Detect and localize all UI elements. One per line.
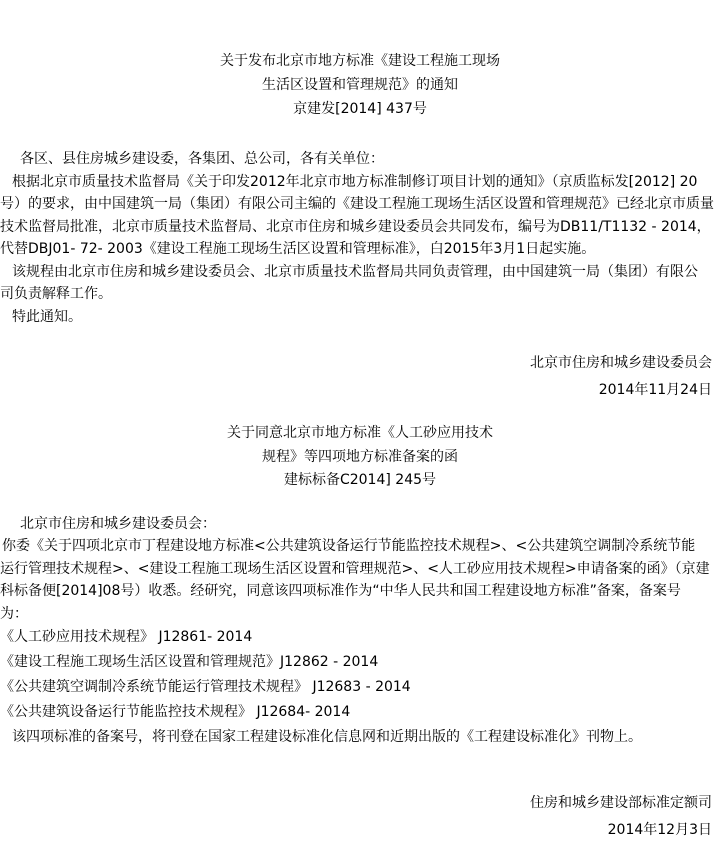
- standard-item: 《公共建筑设备运行节能监控技术规程》 J12684- 2014: [0, 700, 720, 725]
- notice1-paragraph-line: 技术监督局批准，北京市质量技术监督局、北京市住房和城乡建设委员会共同发布，编号为…: [0, 216, 720, 239]
- notice2-salutation: 北京市住房和城乡建设委员会：: [0, 513, 720, 536]
- standard-item: 《建设工程施工现场生活区设置和管理规范》J12862 - 2014: [0, 650, 720, 675]
- notice1-date: 2014年11月24日: [0, 377, 712, 404]
- notice1-paragraph-line: 司负责解释工作。: [0, 283, 720, 306]
- standard-item: 《公共建筑空调制冷系统节能运行管理技术规程》 J12683 - 2014: [0, 675, 720, 700]
- notice1-doc-number: 京建发[2014] 437号: [0, 97, 720, 121]
- notice1-paragraph-line: 代替DBJ01- 72- 2003《建设工程施工现场生活区设置和管理标准》，白2…: [0, 238, 720, 261]
- notice2-title-line2: 规程》等四项地方标准备案的函: [0, 446, 720, 470]
- notice1-title-line2: 生活区设置和管理规范》的通知: [0, 73, 720, 97]
- notice2-footer-line: 该四项标准的备案号，将刊登在国家工程建设标准化信息网和近期出版的《工程建设标准化…: [0, 725, 720, 750]
- notice2-title-line1: 关于同意北京市地方标准《人工砂应用技术: [0, 422, 720, 446]
- notice1-paragraph-line: 号）的要求，由中国建筑一局（集团）有限公司主编的《建设工程施工现场生活区设置和管…: [0, 193, 720, 216]
- notice2-signer: 住房和城乡建设部标准定额司: [0, 790, 712, 817]
- notice2-date: 2014年12月3日: [0, 817, 712, 844]
- notice2-body: 北京市住房和城乡建设委员会： 你委《关于四项北京市丁程建设地方标准<公共建筑设备…: [0, 513, 720, 626]
- notice1-salutation: 各区、县住房城乡建设委，各集团、总公司，各有关单位：: [0, 148, 720, 171]
- notice2-standards-list: 《人工砂应用技术规程》 J12861- 2014 《建设工程施工现场生活区设置和…: [0, 625, 720, 750]
- notice2-paragraph-line: 你委《关于四项北京市丁程建设地方标准<公共建筑设备运行节能监控技术规程>、<公共…: [0, 535, 720, 558]
- notice1-body: 各区、县住房城乡建设委，各集团、总公司，各有关单位： 根据北京市质量技术监督局《…: [0, 148, 720, 328]
- notice1-signature-block: 北京市住房和城乡建设委员会 2014年11月24日: [0, 350, 720, 404]
- notice2-title-block: 关于同意北京市地方标准《人工砂应用技术 规程》等四项地方标准备案的函 建标标备C…: [0, 404, 720, 493]
- notice1-closing: 特此通知。: [0, 306, 720, 329]
- notice2-doc-number: 建标标备C2014] 245号: [0, 469, 720, 493]
- notice1-signer: 北京市住房和城乡建设委员会: [0, 350, 712, 377]
- notice2-paragraph-line: 运行管理技术规程>、<建设工程施工现场生活区设置和管理规范>、<人工砂应用技术规…: [0, 558, 720, 581]
- notice2-signature-block: 住房和城乡建设部标准定额司 2014年12月3日: [0, 790, 720, 844]
- notice1-title-block: 关于发布北京市地方标准《建设工程施工现场 生活区设置和管理规范》的通知 京建发[…: [0, 0, 720, 121]
- standard-item: 《人工砂应用技术规程》 J12861- 2014: [0, 625, 720, 650]
- notice1-title-line1: 关于发布北京市地方标准《建设工程施工现场: [0, 49, 720, 73]
- notice2-paragraph-line: 为：: [0, 603, 720, 626]
- document-page: 关于发布北京市地方标准《建设工程施工现场 生活区设置和管理规范》的通知 京建发[…: [0, 0, 720, 857]
- notice1-paragraph-line: 该规程由北京市住房和城乡建设委员会、北京市质量技术监督局共同负责管理，由中国建筑…: [0, 261, 720, 284]
- notice2-paragraph-line: 科标备便[2014]08号）收悉。经研究，同意该四项标准作为“中华人民共和国工程…: [0, 580, 720, 603]
- notice1-paragraph-line: 根据北京市质量技术监督局《关于印发2012年北京市地方标准制修订项目计划的通知》…: [0, 171, 720, 194]
